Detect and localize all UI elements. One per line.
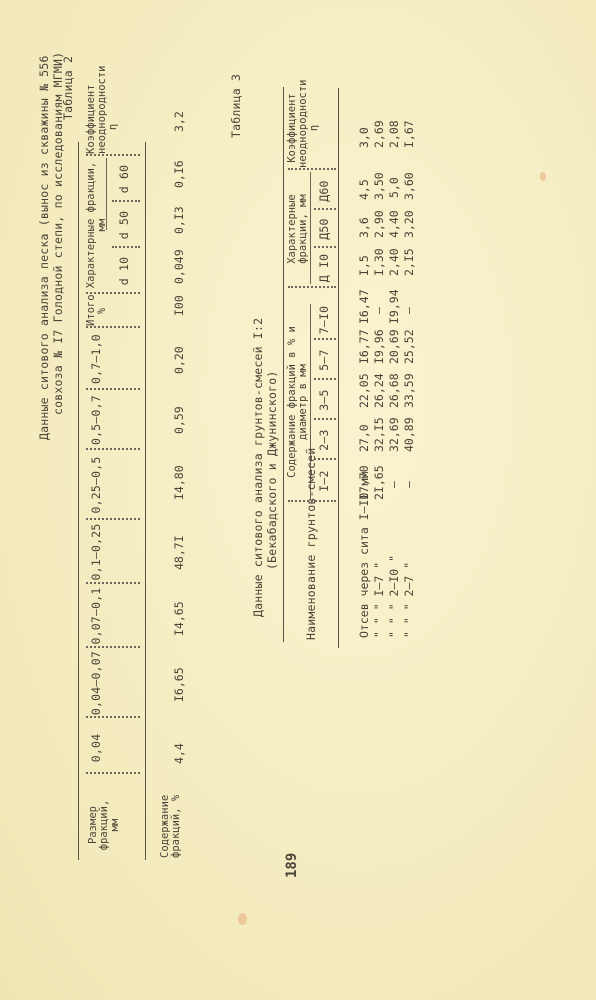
rotated-content: Таблица 2 Данные ситового анализа песка … — [0, 0, 596, 1000]
col-sep — [86, 388, 140, 390]
table3-content-header: Содержание фракций в % и диаметр в мм — [287, 304, 309, 500]
table3-cell: 2,40 — [387, 248, 401, 276]
table3-cell: 20,69 — [387, 329, 401, 364]
table3-cell: I6,47 — [357, 289, 371, 324]
table2-col-header: 0,04 — [90, 724, 103, 772]
table3-cell: 2I,65 — [372, 465, 386, 500]
table2-value: I4,80 — [172, 465, 186, 500]
col-sep — [86, 582, 140, 584]
table2-header-bottom-rule — [145, 142, 146, 860]
table3-title-line2: (Бекабадского и Джунинского) — [266, 371, 279, 570]
table3-cell: 26,24 — [372, 373, 386, 408]
table3-cell: 2,I5 — [402, 248, 416, 276]
table2-char-col: d 50 — [118, 204, 131, 246]
table3-content-col: 2–3 — [318, 422, 331, 458]
table3-cell: I6,77 — [357, 329, 371, 364]
table3-cell: 33,59 — [402, 373, 416, 408]
table3-cell: – — [402, 307, 416, 314]
table3-char-header: Характерные фракции, мм — [287, 172, 309, 286]
table3-cell: 22,05 — [357, 373, 371, 408]
col-sep — [314, 458, 336, 460]
col-sep — [86, 518, 140, 520]
table3-row-name: " " " I–7 " — [372, 562, 386, 638]
table2-header-size: Размер фракций, мм — [88, 792, 121, 858]
col-sep — [314, 208, 336, 210]
col-sep — [86, 772, 140, 774]
table3-content-col: 5–7 — [318, 342, 331, 378]
table3-header-top-rule — [283, 87, 284, 642]
table3-cell: – — [372, 307, 386, 314]
table2-header-top-rule — [78, 142, 79, 860]
table3-content-col: 7–I0 — [318, 302, 331, 338]
col-sep — [112, 246, 140, 248]
table2-value: 0,049 — [172, 249, 186, 284]
table3-cell: 25,52 — [402, 329, 416, 364]
table2-col-header: 0,25–0,5 — [90, 452, 103, 518]
col-sep — [314, 418, 336, 420]
table3-content-col: I–2 — [318, 462, 331, 500]
table3-coef-header: Коэффициент неоднородности η — [287, 88, 320, 168]
table2-value: 0,59 — [172, 406, 186, 434]
table3-cell: I,5 — [357, 255, 371, 276]
table2-value: 3,2 — [172, 111, 186, 132]
table3-char-col: Д I0 — [318, 250, 331, 286]
table3-cell: I,30 — [372, 248, 386, 276]
col-sep — [86, 448, 140, 450]
col-sep — [288, 500, 336, 502]
table3-header-bottom-rule — [338, 88, 339, 648]
table3-cell: – — [402, 481, 416, 488]
table3-cell: 3,60 — [402, 172, 416, 200]
table2-value: 48,7I — [172, 535, 186, 570]
table3-content-col: 3–5 — [318, 382, 331, 418]
page-number: 189 — [284, 853, 300, 878]
table3-char-col: Д60 — [318, 174, 331, 208]
table3-cell: 32,69 — [387, 417, 401, 452]
table3-cell: 27,0 — [357, 424, 371, 452]
table2-col-header: 0,04–0,07 — [90, 650, 103, 716]
table3-cell: I9,96 — [372, 329, 386, 364]
table3-row-name: " " " 2–I0 " — [387, 555, 401, 638]
table3-cell: 3,50 — [372, 172, 386, 200]
scanned-page: Таблица 2 Данные ситового анализа песка … — [0, 0, 596, 1000]
table2-row-label: Содержание фракций, % — [160, 788, 182, 858]
table2-col-header: 0,07–0,1 — [90, 586, 103, 646]
table3-char-subrule — [310, 172, 311, 284]
table3-cell: 3,6 — [357, 217, 371, 238]
table2-col-header-total: Итого % — [86, 296, 108, 326]
table3-cell: 40,89 — [402, 417, 416, 452]
table2-value: 0,I6 — [172, 160, 186, 188]
col-sep — [288, 168, 336, 170]
table2-char-col: d 10 — [118, 250, 131, 292]
table3-row-name: " " " 2–7 " — [402, 562, 416, 638]
table3-cell: 3,20 — [402, 210, 416, 238]
table2-value: I6,65 — [172, 667, 186, 702]
table3-cell: I9,94 — [387, 289, 401, 324]
col-sep — [86, 154, 140, 156]
table2-title-line1: Данные ситового анализа песка (вынос из … — [38, 55, 51, 440]
table2-col-header: 0,1–0,25 — [90, 522, 103, 582]
table3-cell: 5,0 — [387, 177, 401, 198]
col-sep — [112, 200, 140, 202]
table2-col-header: 0,5–0,7 — [90, 392, 103, 448]
col-sep — [86, 716, 140, 718]
table3-cell: 2,69 — [372, 120, 386, 148]
table2-char-header: Характерные фракции, мм — [86, 158, 108, 292]
table3-cell: 2,08 — [387, 120, 401, 148]
table2-value: 0,20 — [172, 346, 186, 374]
table2-value: 0,I3 — [172, 206, 186, 234]
col-sep — [288, 286, 336, 288]
col-sep — [314, 378, 336, 380]
table2-char-col: d 60 — [118, 158, 131, 200]
table3-name-header: Наименование грунтов-смесей — [305, 505, 318, 640]
col-sep — [86, 646, 140, 648]
col-sep — [86, 292, 140, 294]
col-sep — [314, 246, 336, 248]
table3-cell: 3,0 — [357, 127, 371, 148]
table2-col-header: 0,7–1,0 — [90, 330, 103, 388]
table2-value: I4,65 — [172, 601, 186, 636]
col-sep — [314, 338, 336, 340]
table3-cell: I,67 — [402, 120, 416, 148]
table2-value: 4,4 — [172, 743, 186, 764]
table3-cell: I7,70 — [357, 465, 371, 500]
table3-title-line1: Данные ситового анализа грунтов-смесей I… — [252, 318, 265, 617]
table2-value: I00 — [172, 295, 186, 316]
col-sep — [86, 326, 140, 328]
table3-cell: – — [387, 481, 401, 488]
table3-cell: 4,40 — [387, 210, 401, 238]
table3-char-col: Д50 — [318, 212, 331, 246]
table2-coef-header: Коэффициент неоднородности η — [86, 100, 119, 154]
table3-label: Таблица 3 — [230, 74, 243, 138]
table3-cell: 2,90 — [372, 210, 386, 238]
table3-cell: 32,I5 — [372, 417, 386, 452]
table3-cell: 4,5 — [357, 179, 371, 200]
table2-title-line2: совхоза № I7 Голодной степи, по исследов… — [52, 52, 65, 415]
table3-cell: 26,68 — [387, 373, 401, 408]
